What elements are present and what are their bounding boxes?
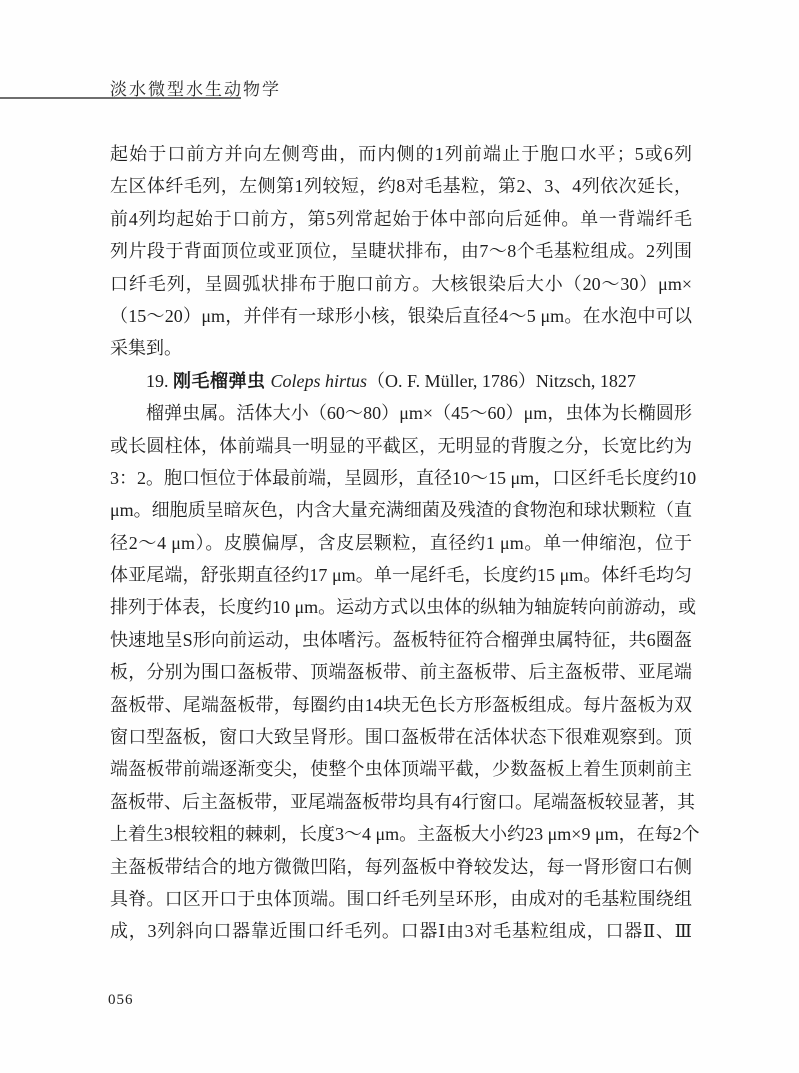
paragraph-line: 径2～4 μm）。皮膜偏厚，含皮层颗粒，直径约1 μm。单一伸缩泡，位于 xyxy=(110,527,692,559)
paragraph-line: 列片段于背面顶位或亚顶位，呈睫状排布，由7～8个毛基粒组成。2列围 xyxy=(110,235,692,267)
book-page: 淡水微型水生动物学 起始于口前方并向左侧弯曲，而内侧的1列前端止于胞口水平；5或… xyxy=(0,0,799,1073)
paragraph-line: 体亚尾端，舒张期直径约17 μm。单一尾纤毛，长度约15 μm。体纤毛均匀 xyxy=(110,559,692,591)
paragraph-line: 窗口型盔板，窗口大致呈肾形。围口盔板带在活体状态下很难观察到。顶 xyxy=(110,721,692,753)
paragraph-line: 成，3列斜向口器靠近围口纤毛列。口器Ⅰ由3对毛基粒组成，口器Ⅱ、Ⅲ xyxy=(110,915,692,947)
paragraph-line: 3：2。胞口恒位于体最前端，呈圆形，直径10～15 μm，口区纤毛长度约10 xyxy=(110,462,692,494)
paragraph-line: 左区体纤毛列，左侧第1列较短，约8对毛基粒，第2、3、4列依次延长， xyxy=(110,170,692,202)
paragraph-line: 具脊。口区开口于虫体顶端。围口纤毛列呈环形，由成对的毛基粒围绕组 xyxy=(110,883,692,915)
species-number: 19. xyxy=(146,371,173,391)
paragraph-line: 前4列均起始于口前方，第5列常起始于体中部向后延伸。单一背端纤毛 xyxy=(110,203,692,235)
page-number: 056 xyxy=(108,992,134,1009)
paragraph-line: 主盔板带结合的地方微微凹陷，每列盔板中脊较发达，每一肾形窗口右侧 xyxy=(110,851,692,883)
paragraph-line: 榴弹虫属。活体大小（60～80）μm×（45～60）μm，虫体为长椭圆形 xyxy=(110,397,692,429)
paragraph-line: 口纤毛列，呈圆弧状排布于胞口前方。大核银染后大小（20～30）μm× xyxy=(110,268,692,300)
paragraph-line: 盔板带、后主盔板带，亚尾端盔板带均具有4行窗口。尾端盔板较显著，其 xyxy=(110,786,692,818)
paragraph-line: 板，分别为围口盔板带、顶端盔板带、前主盔板带、后主盔板带、亚尾端 xyxy=(110,656,692,688)
paragraph-line: 起始于口前方并向左侧弯曲，而内侧的1列前端止于胞口水平；5或6列 xyxy=(110,138,692,170)
paragraph-line: 或长圆柱体，体前端具一明显的平截区，无明显的背腹之分，长宽比约为 xyxy=(110,430,692,462)
species-authority: （O. F. Müller, 1786）Nitzsch, 1827 xyxy=(367,371,636,391)
paragraph-line: 采集到。 xyxy=(110,332,692,364)
paragraph-line: 盔板带、尾端盔板带，每圈约由14块无色长方形盔板组成。每片盔板为双 xyxy=(110,689,692,721)
paragraph-line: 快速地呈S形向前运动，虫体嗜污。盔板特征符合榴弹虫属特征，共6圈盔 xyxy=(110,624,692,656)
species-heading: 19. 刚毛榴弹虫 Coleps hirtus（O. F. Müller, 17… xyxy=(110,365,692,397)
species-name-chinese: 刚毛榴弹虫 xyxy=(173,371,271,391)
header-rule xyxy=(0,97,241,99)
paragraph-line: （15～20）μm，并伴有一球形小核，银染后直径4～5 μm。在水泡中可以 xyxy=(110,300,692,332)
paragraph-line: 端盔板带前端逐渐变尖，使整个虫体顶端平截，少数盔板上着生顶刺前主 xyxy=(110,753,692,785)
paragraph-line: μm。细胞质呈暗灰色，内含大量充满细菌及残渣的食物泡和球状颗粒（直 xyxy=(110,494,692,526)
paragraph-line: 上着生3根较粗的棘刺，长度3～4 μm。主盔板大小约23 μm×9 μm，在每2… xyxy=(110,818,692,850)
body-text: 起始于口前方并向左侧弯曲，而内侧的1列前端止于胞口水平；5或6列 左区体纤毛列，… xyxy=(110,138,692,948)
paragraph-line: 排列于体表，长度约10 μm。运动方式以虫体的纵轴为轴旋转向前游动，或 xyxy=(110,591,692,623)
species-name-latin: Coleps hirtus xyxy=(271,371,368,391)
